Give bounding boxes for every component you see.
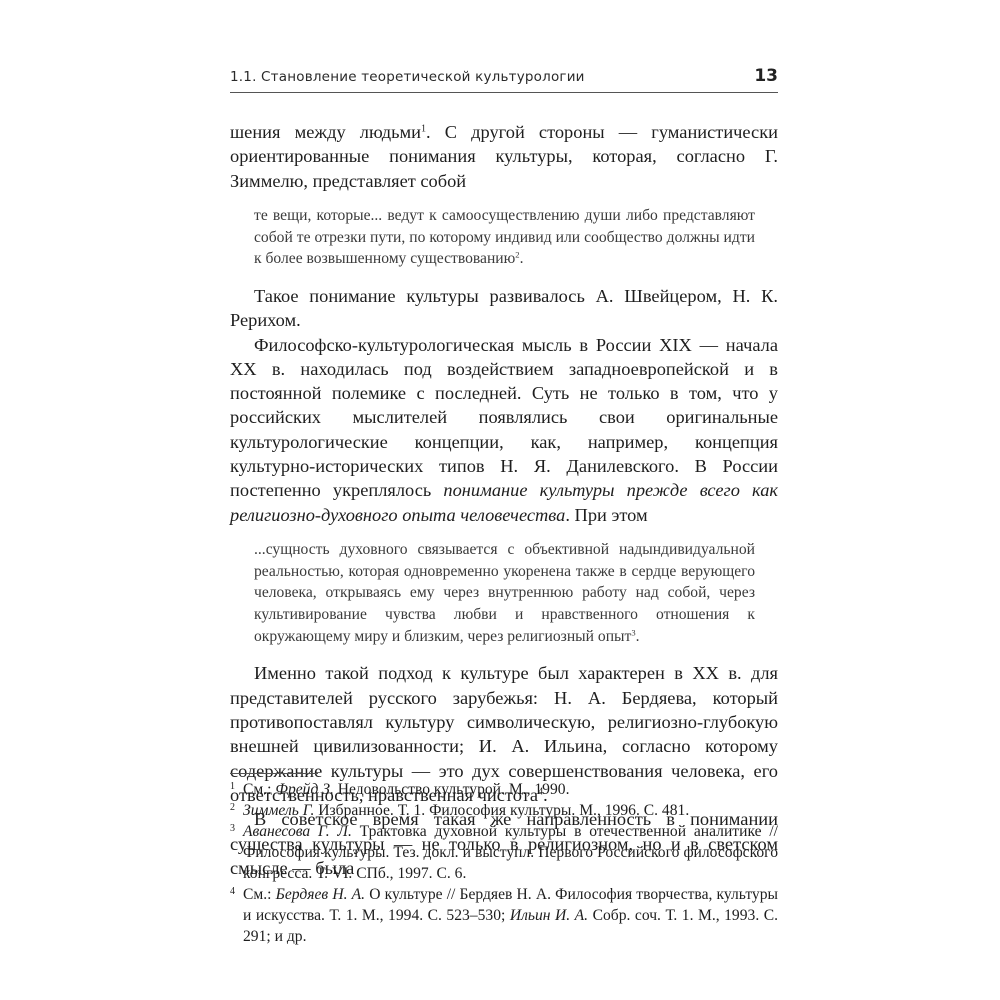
paragraph-schweitzer: Такое понимание культуры развивалось А. … bbox=[230, 284, 778, 333]
page-number: 13 bbox=[754, 66, 778, 86]
footnote-2: 2Зиммель Г. Избранное. Т. 1. Философия к… bbox=[230, 800, 778, 821]
footnote-1: 1См.: Фрейд З. Недовольство культурой. М… bbox=[230, 779, 778, 800]
body-text: шения между людьми1. С другой стороны — … bbox=[230, 120, 778, 880]
footnote-divider bbox=[230, 773, 318, 774]
running-head: 1.1. Становление теоретической культурол… bbox=[230, 66, 778, 93]
footnotes: 1См.: Фрейд З. Недовольство культурой. М… bbox=[230, 779, 778, 947]
block-quote-avanesova: ...сущность духовного связывается с объе… bbox=[254, 539, 755, 648]
paragraph-continuation: шения между людьми1. С другой стороны — … bbox=[230, 120, 778, 193]
footnote-3: 3Аванесова Г. Л. Трактовка духовной куль… bbox=[230, 821, 778, 884]
block-quote-simmel: те вещи, которые... ведут к самоосуществ… bbox=[254, 205, 755, 270]
chapter-title: 1.1. Становление теоретической культурол… bbox=[230, 69, 585, 85]
paragraph-russian-thought: Философско-культурологическая мысль в Ро… bbox=[230, 333, 778, 527]
footnote-4: 4См.: Бердяев Н. А. О культуре // Бердяе… bbox=[230, 884, 778, 947]
